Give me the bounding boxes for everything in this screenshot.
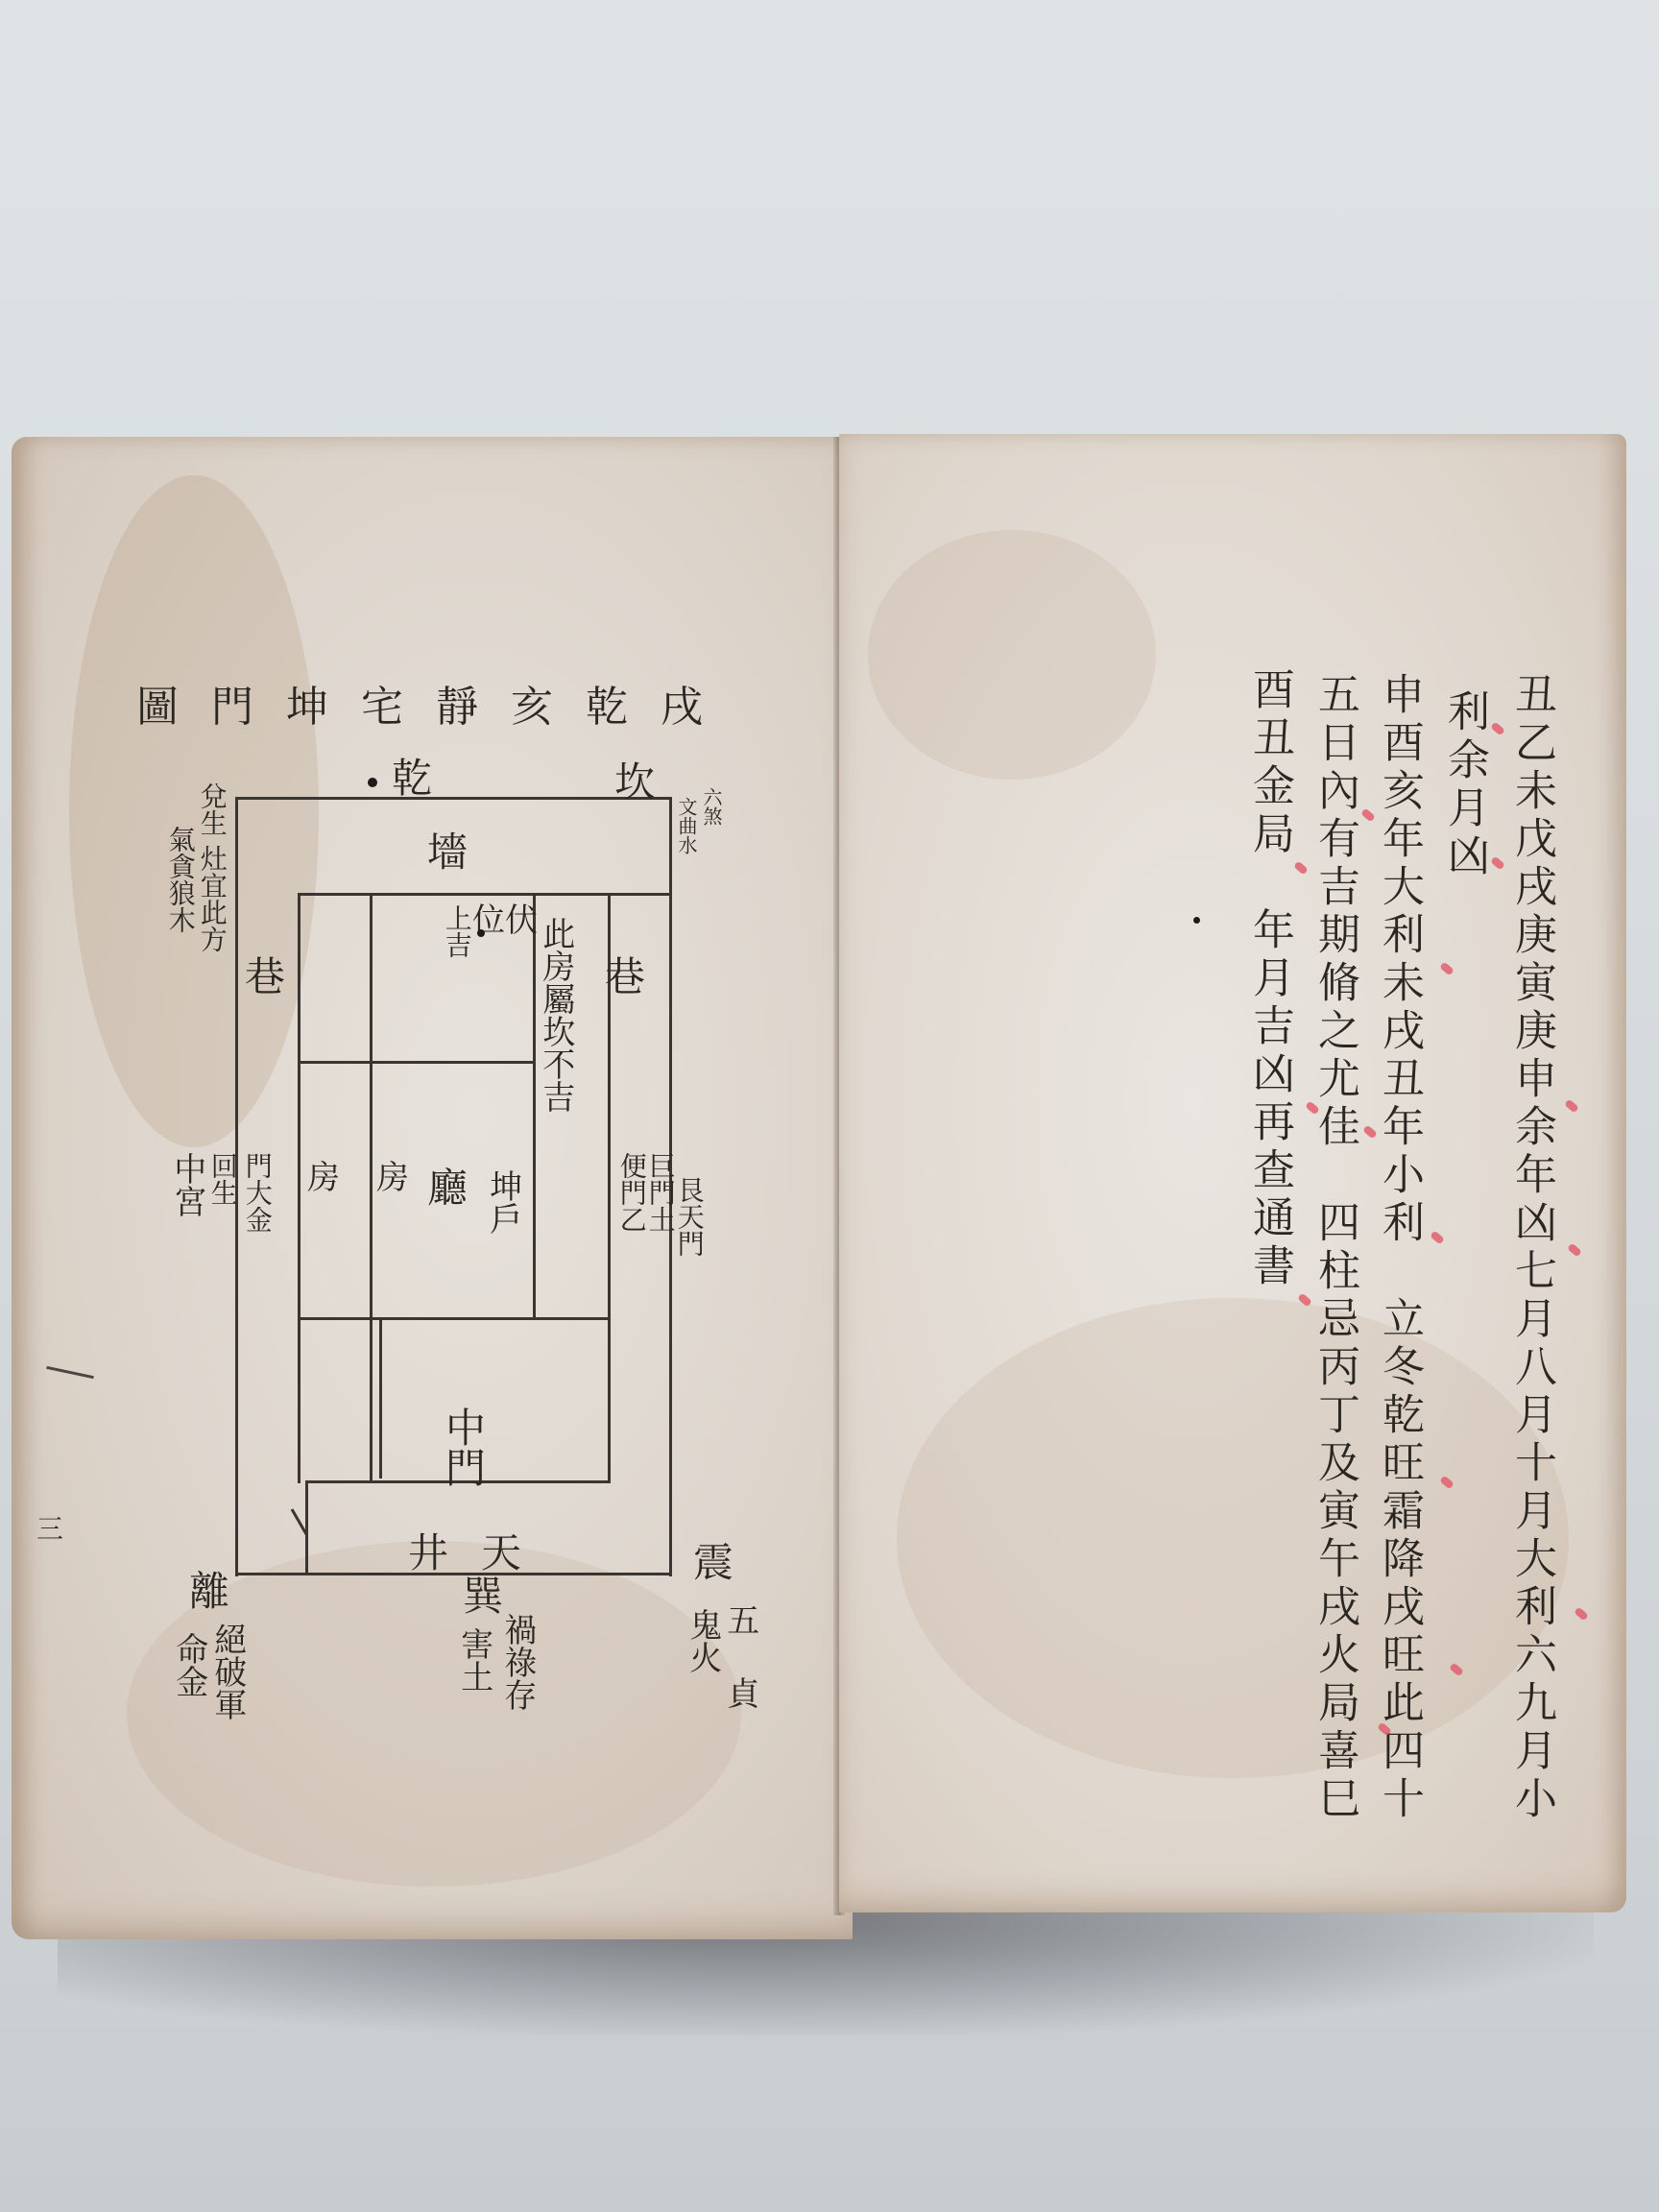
- label-guihuo: 鬼火: [685, 1608, 719, 1673]
- label-left-lane: 巷: [245, 946, 285, 1003]
- label-bianmen: 便門乙: [616, 1152, 646, 1233]
- label-wall: 墻: [427, 821, 468, 878]
- page-number: 三: [36, 1515, 63, 1545]
- note-shangji: 上吉: [442, 904, 471, 958]
- room-divider: [298, 1317, 611, 1320]
- label-huo-lucun: 禍祿存: [499, 1613, 534, 1711]
- inner-frame-left: [298, 893, 301, 1483]
- water-stain: [897, 1298, 1569, 1778]
- note-liusha: 六煞: [701, 787, 722, 826]
- text-column-4: 五日內有吉期脩之尤佳 四柱忌丙丁及寅午戌火局喜巳: [1313, 672, 1356, 1824]
- label-huisheng: 回生: [207, 1152, 237, 1206]
- label-room-left: 房: [307, 1162, 340, 1196]
- room-divider: [379, 1320, 382, 1479]
- gate-line: [305, 1480, 308, 1575]
- note-tanlang: 氣貪狼木: [165, 826, 195, 933]
- room-divider: [533, 893, 536, 1320]
- fuwei-dot: [477, 929, 485, 937]
- label-wuzhen: 五貞: [722, 1603, 757, 1749]
- label-jumen-tu: 巨門土: [645, 1152, 675, 1233]
- label-courtyard: 天井: [408, 1522, 554, 1579]
- text-column-6: 年月吉凶再查通書: [1248, 907, 1290, 1291]
- label-zhonggong: 中宮: [169, 1152, 204, 1217]
- note-dui: 兌生: [197, 782, 227, 836]
- text-column-3: 申酉亥年大利未戌丑年小利 立冬乾旺霜降戌旺此四十: [1378, 672, 1420, 1824]
- note-room-kan: 此房屬坎不吉: [538, 917, 572, 1113]
- label-kan: 坎: [614, 751, 655, 808]
- water-stain: [69, 475, 319, 1147]
- room-divider: [370, 893, 373, 1480]
- text-column-1: 丑乙未戊戌庚寅庚申余年凶七月八月十月大利六九月小: [1510, 672, 1552, 1824]
- note-stove: 灶宜此方: [197, 845, 227, 952]
- label-haitu: 害土: [456, 1627, 491, 1693]
- room-divider: [298, 1061, 536, 1064]
- wall-band-line: [298, 893, 672, 896]
- label-qian: 乾: [392, 747, 432, 805]
- label-damen-jin: 門大金: [242, 1152, 272, 1233]
- label-xun: 巽: [451, 1575, 509, 1615]
- diagram-title: 戌乾亥靜宅坤門圖: [136, 672, 735, 733]
- label-middle-gate: 中門: [434, 1407, 492, 1487]
- label-mingjin: 命金: [171, 1632, 205, 1697]
- label-li: 離: [178, 1570, 235, 1610]
- text-column-5: 酉丑金局: [1248, 667, 1290, 859]
- ink-dot: [1193, 917, 1200, 924]
- label-jue-pojun: 絕破軍: [209, 1623, 244, 1720]
- water-stain: [868, 530, 1156, 780]
- label-gen-tianmen: 艮天門: [674, 1176, 704, 1257]
- label-right-lane: 巷: [605, 946, 645, 1003]
- text-column-2: 利余月凶: [1443, 689, 1485, 881]
- compass-dot: [368, 778, 377, 787]
- label-hall: 廳: [427, 1157, 468, 1214]
- label-kun-door: 坤戶: [485, 1169, 519, 1235]
- label-zhen: 震: [682, 1541, 739, 1581]
- outer-frame-top: [235, 797, 672, 800]
- label-room-mid: 房: [376, 1162, 409, 1196]
- note-wenqu: 文曲水: [676, 797, 697, 854]
